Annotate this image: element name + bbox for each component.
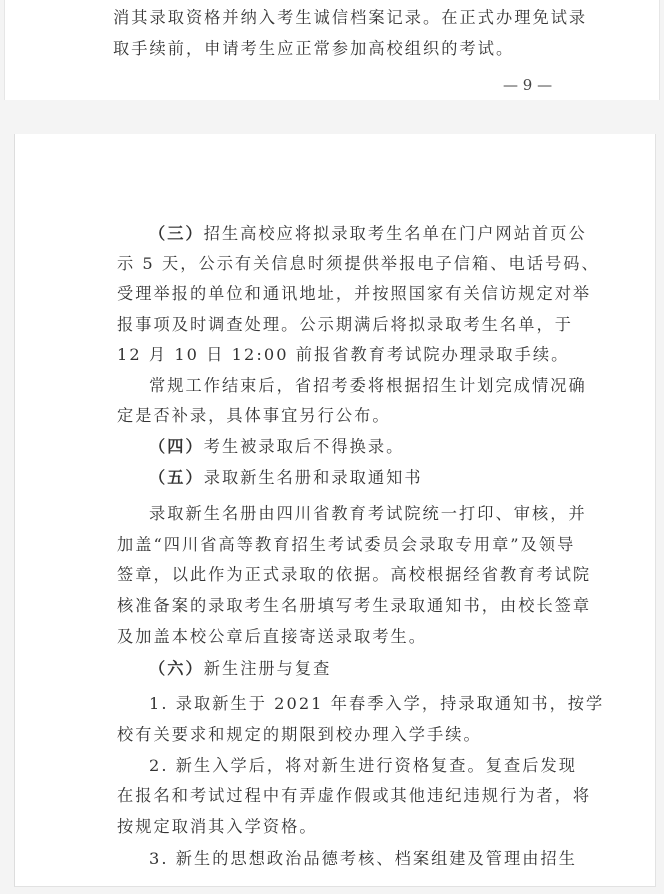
section-4: （四）考生被录取后不得换录。 [149, 433, 404, 457]
text-line: 签章，以此作为正式录取的依据。高校根据经省教育考试院 [117, 561, 591, 585]
text-line: 加盖“四川省高等教育招生考试委员会录取专用章”及领导 [117, 531, 575, 555]
previous-page: 消其录取资格并纳入考生诚信档案记录。在正式办理免试录 取手续前，申请考生应正常参… [4, 0, 660, 100]
text-line: 定是否补录，具体事宜另行公布。 [117, 402, 391, 426]
text-line: 消其录取资格并纳入考生诚信档案记录。在正式办理免试录 [113, 4, 587, 28]
text-line: 常规工作结束后，省招考委将根据招生计划完成情况确 [149, 372, 587, 396]
text-line: 12 月 10 日 12:00 前报省教育考试院办理录取手续。 [117, 341, 569, 365]
section-5-title: （五）录取新生名册和录取通知书 [149, 464, 423, 488]
text-line: 录取新生名册由四川省教育考试院统一打印、审核，并 [149, 500, 587, 524]
text-line: 报事项及时调查处理。公示期满后将拟录取考生名单，于 [117, 311, 573, 335]
text-line: 取手续前，申请考生应正常参加高校组织的考试。 [113, 35, 514, 59]
section-3-first-line: （三）招生高校应将拟录取考生名单在门户网站首页公 [149, 220, 587, 244]
section-3-heading: （三） [149, 224, 204, 243]
list-item-2: 2. 新生入学后，将对新生进行资格复查。复查后发现 [149, 752, 577, 776]
current-page: （三）招生高校应将拟录取考生名单在门户网站首页公 示 5 天，公示有关信息时须提… [14, 134, 656, 887]
section-6-title: （六）新生注册与复查 [149, 655, 331, 679]
list-item-3: 3. 新生的思想政治品德考核、档案组建及管理由招生 [149, 845, 577, 869]
text-line: 核准备案的录取考生名册填写考生录取通知书，由校长签章 [117, 592, 591, 616]
text-line: 受理举报的单位和通讯地址，并按照国家有关信访规定对举 [117, 280, 591, 304]
text-line: 及加盖本校公章后直接寄送录取考生。 [117, 623, 427, 647]
text-line: 在报名和考试过程中有弄虚作假或其他违纪违规行为者，将 [117, 782, 591, 806]
list-item-1: 1. 录取新生于 2021 年春季入学，持录取通知书，按学 [149, 690, 604, 714]
section-5-heading: （五） [149, 468, 204, 487]
text-line: 校有关要求和规定的期限到校办理入学手续。 [117, 721, 482, 745]
text-line: 按规定取消其入学资格。 [117, 813, 318, 837]
section-4-heading: （四） [149, 437, 204, 456]
page-number: — 9 — [503, 76, 552, 94]
section-6-heading: （六） [149, 659, 204, 678]
text-line: 示 5 天，公示有关信息时须提供举报电子信箱、电话号码、 [117, 250, 600, 274]
